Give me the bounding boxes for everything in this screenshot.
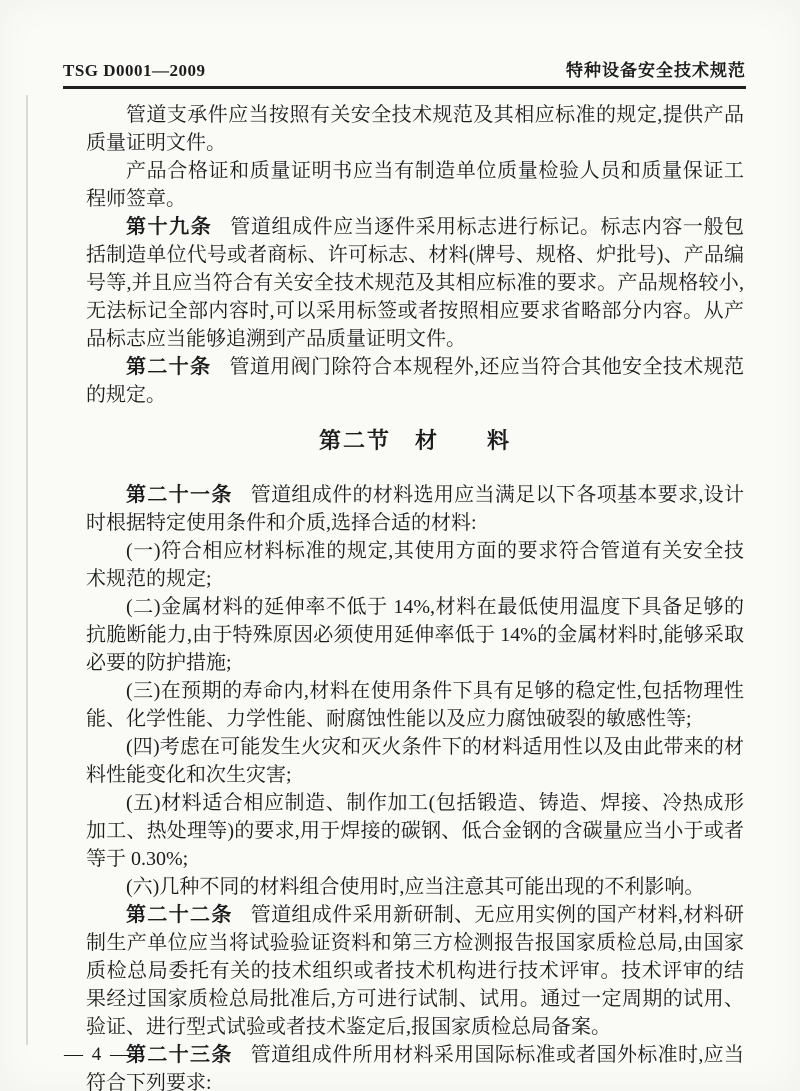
paragraph: (三)在预期的寿命内,材料在使用条件下具有足够的稳定性,包括物理性能、化学性能、… bbox=[86, 677, 744, 733]
paragraph-text: (三)在预期的寿命内,材料在使用条件下具有足够的稳定性,包括物理性能、化学性能、… bbox=[86, 680, 744, 730]
section-heading: 第二节 材 料 bbox=[86, 427, 744, 455]
doc-code: TSG D0001—2009 bbox=[63, 61, 206, 81]
paragraph: 第二十条管道用阀门除符合本规程外,还应当符合其他安全技术规范的规定。 bbox=[86, 353, 744, 409]
paragraph: 第二十一条管道组成件的材料选用应当满足以下各项基本要求,设计时根据特定使用条件和… bbox=[86, 481, 744, 537]
paragraph: (一)符合相应材料标准的规定,其使用方面的要求符合管道有关安全技术规范的规定; bbox=[86, 537, 744, 593]
paragraph-text: (二)金属材料的延伸率不低于 14%,材料在最低使用温度下具备足够的抗脆断能力,… bbox=[86, 596, 744, 674]
scan-artifact-line bbox=[26, 95, 28, 1045]
paragraph-text: (六)几种不同的材料组合使用时,应当注意其可能出现的不利影响。 bbox=[126, 876, 704, 898]
paragraph: (二)金属材料的延伸率不低于 14%,材料在最低使用温度下具备足够的抗脆断能力,… bbox=[86, 593, 744, 677]
document-body: 管道支承件应当按照有关安全技术规范及其相应标准的规定,提供产品质量证明文件。 产… bbox=[86, 101, 744, 1091]
page-number: — 4 — bbox=[64, 1044, 131, 1065]
doc-title: 特种设备安全技术规范 bbox=[566, 56, 746, 81]
paragraph-text: (一)符合相应材料标准的规定,其使用方面的要求符合管道有关安全技术规范的规定; bbox=[86, 540, 744, 590]
paragraph: 第二十二条管道组成件采用新研制、无应用实例的国产材料,材料研制生产单位应当将试验… bbox=[86, 901, 744, 1041]
paragraph: (六)几种不同的材料组合使用时,应当注意其可能出现的不利影响。 bbox=[86, 873, 744, 901]
page-header: TSG D0001—2009 特种设备安全技术规范 bbox=[63, 56, 746, 89]
document-page: TSG D0001—2009 特种设备安全技术规范 管道支承件应当按照有关安全技… bbox=[0, 0, 800, 1091]
article-number: 第二十三条 bbox=[126, 1044, 233, 1066]
article-number: 第十九条 bbox=[126, 216, 212, 238]
paragraph: 第十九条管道组成件应当逐件采用标志进行标记。标志内容一般包括制造单位代号或者商标… bbox=[86, 213, 744, 353]
article-number: 第二十一条 bbox=[126, 484, 233, 506]
article-number: 第二十二条 bbox=[126, 904, 233, 926]
paragraph: (五)材料适合相应制造、制作加工(包括锻造、铸造、焊接、冷热成形加工、热处理等)… bbox=[86, 789, 744, 873]
paragraph-text: (五)材料适合相应制造、制作加工(包括锻造、铸造、焊接、冷热成形加工、热处理等)… bbox=[86, 792, 744, 870]
paragraph: (四)考虑在可能发生火灾和灭火条件下的材料适用性以及由此带来的材料性能变化和次生… bbox=[86, 733, 744, 789]
paragraph: 管道支承件应当按照有关安全技术规范及其相应标准的规定,提供产品质量证明文件。 bbox=[86, 101, 744, 157]
article-number: 第二十条 bbox=[126, 356, 212, 378]
paragraph-text: 管道支承件应当按照有关安全技术规范及其相应标准的规定,提供产品质量证明文件。 bbox=[86, 104, 744, 154]
paragraph-text: (四)考虑在可能发生火灾和灭火条件下的材料适用性以及由此带来的材料性能变化和次生… bbox=[86, 736, 744, 786]
paragraph: 第二十三条管道组成件所用材料采用国际标准或者国外标准时,应当符合下列要求: bbox=[86, 1041, 744, 1091]
page-footer: — 4 — bbox=[64, 1044, 131, 1066]
paragraph-text: 产品合格证和质量证明书应当有制造单位质量检验人员和质量保证工程师签章。 bbox=[86, 160, 744, 210]
paragraph: 产品合格证和质量证明书应当有制造单位质量检验人员和质量保证工程师签章。 bbox=[86, 157, 744, 213]
